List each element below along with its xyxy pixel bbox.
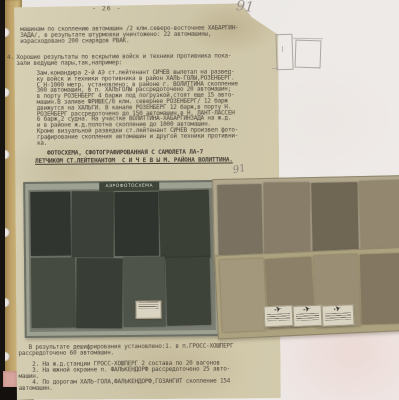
annotation-text-lines bbox=[138, 302, 158, 309]
sketch-rectangle bbox=[275, 34, 293, 71]
aerial-photo bbox=[30, 192, 71, 256]
aerial-photo bbox=[360, 253, 399, 324]
aerial-photo bbox=[31, 257, 76, 327]
aerial-photo bbox=[219, 258, 266, 332]
paragraph-decipher: В результате дешифрирования установлено:… bbox=[18, 343, 233, 391]
photo-caption-line1: ФОТОСХЕМА, СФОТОГРАФИРОВАННАЯ С САМОЛЕТА… bbox=[47, 150, 203, 157]
annotation-text-lines bbox=[325, 312, 351, 320]
pink-paper-fragment bbox=[3, 371, 17, 388]
aerial-photo bbox=[359, 180, 399, 254]
photo-collage-left: АЭРОФОТОСХЕМА bbox=[23, 180, 221, 338]
photo-label: АЭРОФОТОСХЕМА bbox=[99, 182, 159, 192]
aerial-photo bbox=[264, 182, 311, 254]
sketch-rectangle bbox=[295, 40, 322, 69]
aerial-photo bbox=[311, 182, 358, 253]
photo-collage-right-bottom: ✈ ✈ ✈ bbox=[214, 247, 399, 340]
pencil-sketch bbox=[272, 28, 326, 74]
annotation-card: ✈ bbox=[322, 304, 355, 326]
list-number: 4. bbox=[7, 55, 14, 61]
annotation-text-lines bbox=[296, 313, 319, 321]
aerial-photo bbox=[72, 191, 114, 257]
aerial-photo bbox=[159, 190, 211, 259]
sketch-tick bbox=[272, 68, 278, 69]
paragraph-recon: Зам.командира 2-й АЭ ст.лейтенант СИЧЕВ … bbox=[36, 69, 238, 146]
annotation-text-lines bbox=[267, 313, 290, 321]
paragraph-intro: машинам по скоплению автомашин /2 клм.се… bbox=[20, 25, 239, 44]
handwritten-page-number: 91 bbox=[235, 0, 254, 16]
paragraph-results: Хорошие результаты по вскрытию войск и т… bbox=[16, 53, 231, 66]
aerial-photo bbox=[114, 192, 159, 256]
page-number: - 26 - bbox=[92, 6, 122, 12]
sketch-tick bbox=[282, 46, 283, 52]
aerial-photo bbox=[76, 258, 122, 328]
document-scan: - 26 - машинам по скоплению автомашин /2… bbox=[0, 0, 399, 400]
annotation-card bbox=[135, 301, 161, 319]
scan-edge bbox=[0, 0, 5, 400]
aerial-photo bbox=[217, 184, 262, 255]
aerial-photo bbox=[166, 257, 212, 326]
photo-caption-line2: ЛЕТЧИКОМ СТ.ЛЕЙТЕНАНТОМ С И Ч Е В Ы М. Р… bbox=[35, 157, 233, 164]
